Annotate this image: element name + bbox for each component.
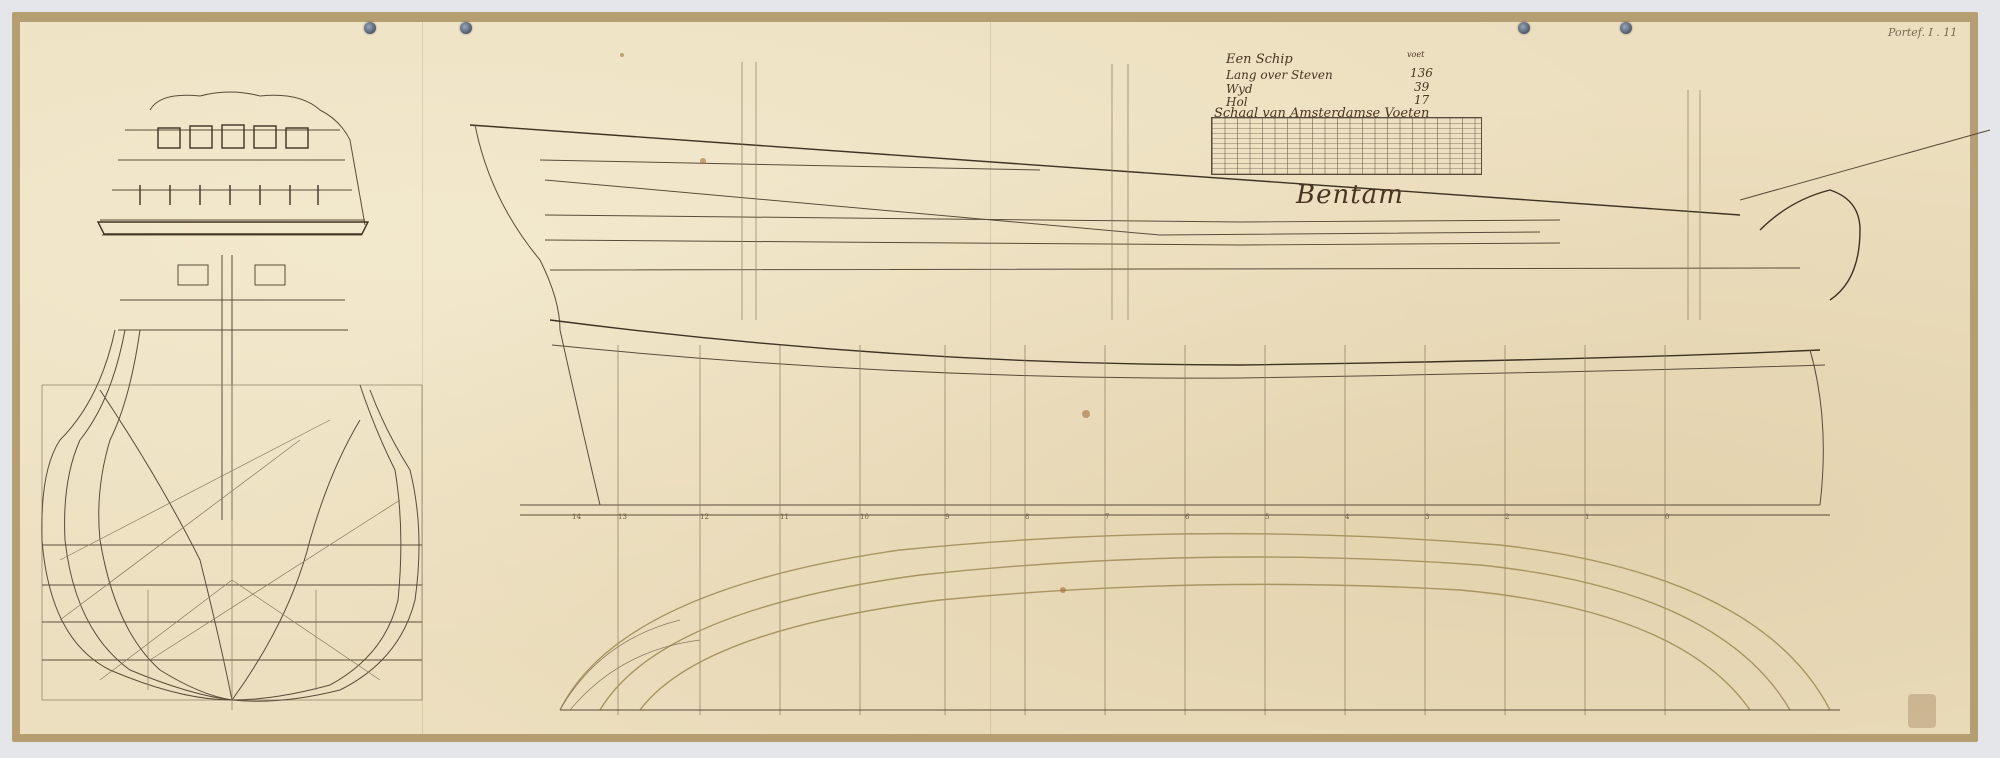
stain	[700, 158, 706, 164]
stain	[1060, 587, 1066, 593]
station-mark: 13	[618, 513, 627, 521]
station-mark: 0	[1665, 513, 1669, 521]
stain	[1082, 410, 1090, 418]
ship-drawing	[0, 0, 2000, 758]
station-mark: 2	[1505, 513, 1509, 521]
spec-label-width: Wyd	[1226, 82, 1253, 96]
stern-view	[98, 92, 368, 520]
scale-bar	[1211, 117, 1482, 175]
water-damage-stain	[1908, 694, 1936, 728]
body-plan	[42, 330, 422, 710]
station-mark: 4	[1345, 513, 1349, 521]
spec-label-length: Lang over Steven	[1226, 68, 1333, 82]
spec-value-width: 39	[1414, 80, 1429, 94]
stain	[620, 53, 624, 57]
spec-unit: voet	[1407, 50, 1424, 59]
spec-title: Een Schip	[1226, 52, 1293, 67]
station-mark: 3	[1425, 513, 1429, 521]
half-breadth-plan	[560, 534, 1840, 710]
station-mark: 5	[1265, 513, 1269, 521]
station-mark: 6	[1185, 513, 1189, 521]
station-mark: 8	[1025, 513, 1029, 521]
station-mark: 1	[1585, 513, 1589, 521]
spec-value-length: 136	[1410, 66, 1433, 80]
station-mark: 10	[860, 513, 869, 521]
station-mark: 7	[1105, 513, 1109, 521]
spec-value-depth: 17	[1414, 93, 1429, 107]
station-mark: 12	[700, 513, 709, 521]
catalog-mark: Portef. I . 11	[1888, 26, 1957, 39]
signature: Bentam	[1296, 180, 1404, 210]
station-mark: 9	[945, 513, 949, 521]
station-mark: 14	[572, 513, 581, 521]
station-mark: 11	[780, 513, 789, 521]
